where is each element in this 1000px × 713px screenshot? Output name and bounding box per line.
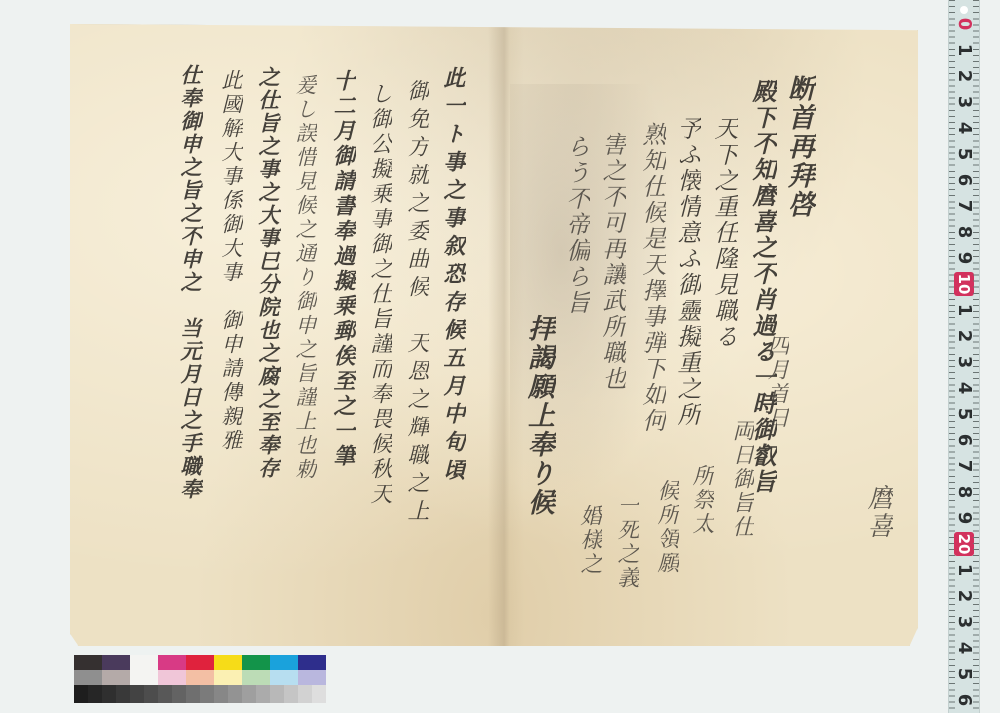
color-swatch (242, 685, 256, 703)
ruler-label: 9 (954, 506, 974, 530)
color-swatch (144, 685, 158, 703)
ruler-label: 3 (954, 610, 974, 634)
color-swatch (74, 655, 102, 670)
ruler-label: 6 (954, 168, 974, 192)
color-swatch (158, 685, 172, 703)
text-column: 害之不可再讓武所職也 (600, 132, 624, 392)
color-swatch (214, 685, 228, 703)
ruler-label: 9 (954, 246, 974, 270)
ruler-label: 3 (954, 350, 974, 374)
color-swatch (102, 685, 116, 703)
color-swatch (116, 685, 130, 703)
color-calibration-chart (74, 655, 326, 703)
ruler-label: 1 (954, 558, 974, 582)
text-column: 御免方就之委曲候 天恩之輝職之上 (405, 79, 427, 527)
text-column: 婚様之 (578, 504, 600, 576)
ruler-label: 4 (954, 376, 974, 400)
ruler-label: 4 (954, 636, 974, 660)
color-swatch (186, 655, 214, 670)
text-column: 此一ト事之事叙恐存候五月中旬頃 (442, 66, 464, 486)
color-swatch (284, 685, 298, 703)
text-column: 一死之義 (615, 494, 637, 590)
signature: 麿喜 (865, 484, 891, 540)
text-column: 十二月御請書奉過擬乗郵俟至之一筆 (332, 69, 354, 469)
color-swatch (88, 685, 102, 703)
ruler-hole (960, 6, 968, 14)
color-swatch (130, 655, 158, 670)
ruler-label: 5 (954, 142, 974, 166)
text-column: し御公擬乗事御之仕旨謹而奉畏候秋天 (368, 82, 390, 507)
color-swatch (130, 685, 144, 703)
ruler-label: 1 (954, 38, 974, 62)
text-column: 両日御旨仕 (730, 419, 752, 539)
text-column: 拝謁願上奉り候 (525, 314, 552, 517)
ruler-label: 2 (954, 584, 974, 608)
ruler-label: 3 (954, 90, 974, 114)
text-column: 爰し誤惜見候之通り御申之旨謹上也勅 (294, 74, 315, 482)
text-column: 此國解大事係御大事 御申請傳親雅 (220, 69, 241, 453)
ruler-label: 5 (954, 662, 974, 686)
color-swatch (242, 655, 270, 670)
text-column: 断首再拜啓 (785, 74, 812, 219)
text-column: 候所領願 (655, 479, 677, 575)
ruler-label: 2 (954, 324, 974, 348)
text-column: 熟知仕候是天擇事弾下如何 (640, 122, 664, 434)
ruler-label-highlight: 10 (954, 272, 974, 296)
color-swatch (312, 685, 326, 703)
color-swatch (214, 655, 242, 670)
text-column: 四月首日 (765, 334, 787, 430)
color-swatch (256, 685, 270, 703)
ruler-label: 7 (954, 454, 974, 478)
color-swatch (158, 670, 186, 685)
measuring-ruler: 0 1 2 3 4 5 6 7 8 9 10 1 2 3 4 5 6 7 8 9… (948, 0, 980, 713)
ruler-label: 6 (954, 688, 974, 712)
ruler-label: 8 (954, 220, 974, 244)
color-swatch (270, 655, 298, 670)
color-swatch (270, 670, 298, 685)
color-swatch (102, 670, 130, 685)
color-swatch (298, 685, 312, 703)
ruler-label: 5 (954, 402, 974, 426)
gray-ramp (74, 685, 326, 703)
color-swatch (242, 670, 270, 685)
color-swatch (74, 670, 102, 685)
text-column: 之仕旨之事之大事巳分院也之腐之至奉存 (258, 66, 279, 480)
color-swatch (130, 670, 158, 685)
color-swatch (298, 655, 326, 670)
color-swatch (74, 685, 88, 703)
color-swatch (270, 685, 284, 703)
ruler-label-highlight: 20 (954, 532, 974, 556)
color-swatch (228, 685, 242, 703)
color-swatch (214, 670, 242, 685)
color-swatch (102, 655, 130, 670)
ruler-label: 4 (954, 116, 974, 140)
color-swatch (200, 685, 214, 703)
ruler-label: 7 (954, 194, 974, 218)
color-swatch (186, 670, 214, 685)
color-swatch (158, 655, 186, 670)
color-row-saturated (74, 655, 326, 670)
ruler-label: 0 (954, 12, 974, 36)
ruler-label: 2 (954, 64, 974, 88)
color-swatch (186, 685, 200, 703)
color-row-tints (74, 670, 326, 685)
text-column: 所祭太 (690, 464, 712, 536)
text-column: 天下之重任隆見職る (712, 116, 736, 350)
text-column: 仕奉御申之旨之不申之 当元月日之手職奉 (180, 64, 201, 501)
ruler-label: 8 (954, 480, 974, 504)
ruler-label: 1 (954, 298, 974, 322)
text-column: 予ふ懐情意ふ御靈擬重之所 (675, 116, 699, 428)
color-swatch (172, 685, 186, 703)
ruler-label: 6 (954, 428, 974, 452)
color-swatch (298, 670, 326, 685)
letter-paper: 断首再拜啓 殿下不知麿喜之不肖過る一時御叡旨 天下之重任隆見職る 予ふ懐情意ふ御… (70, 24, 918, 646)
text-column: らう不帝偏ら旨 (564, 134, 588, 316)
